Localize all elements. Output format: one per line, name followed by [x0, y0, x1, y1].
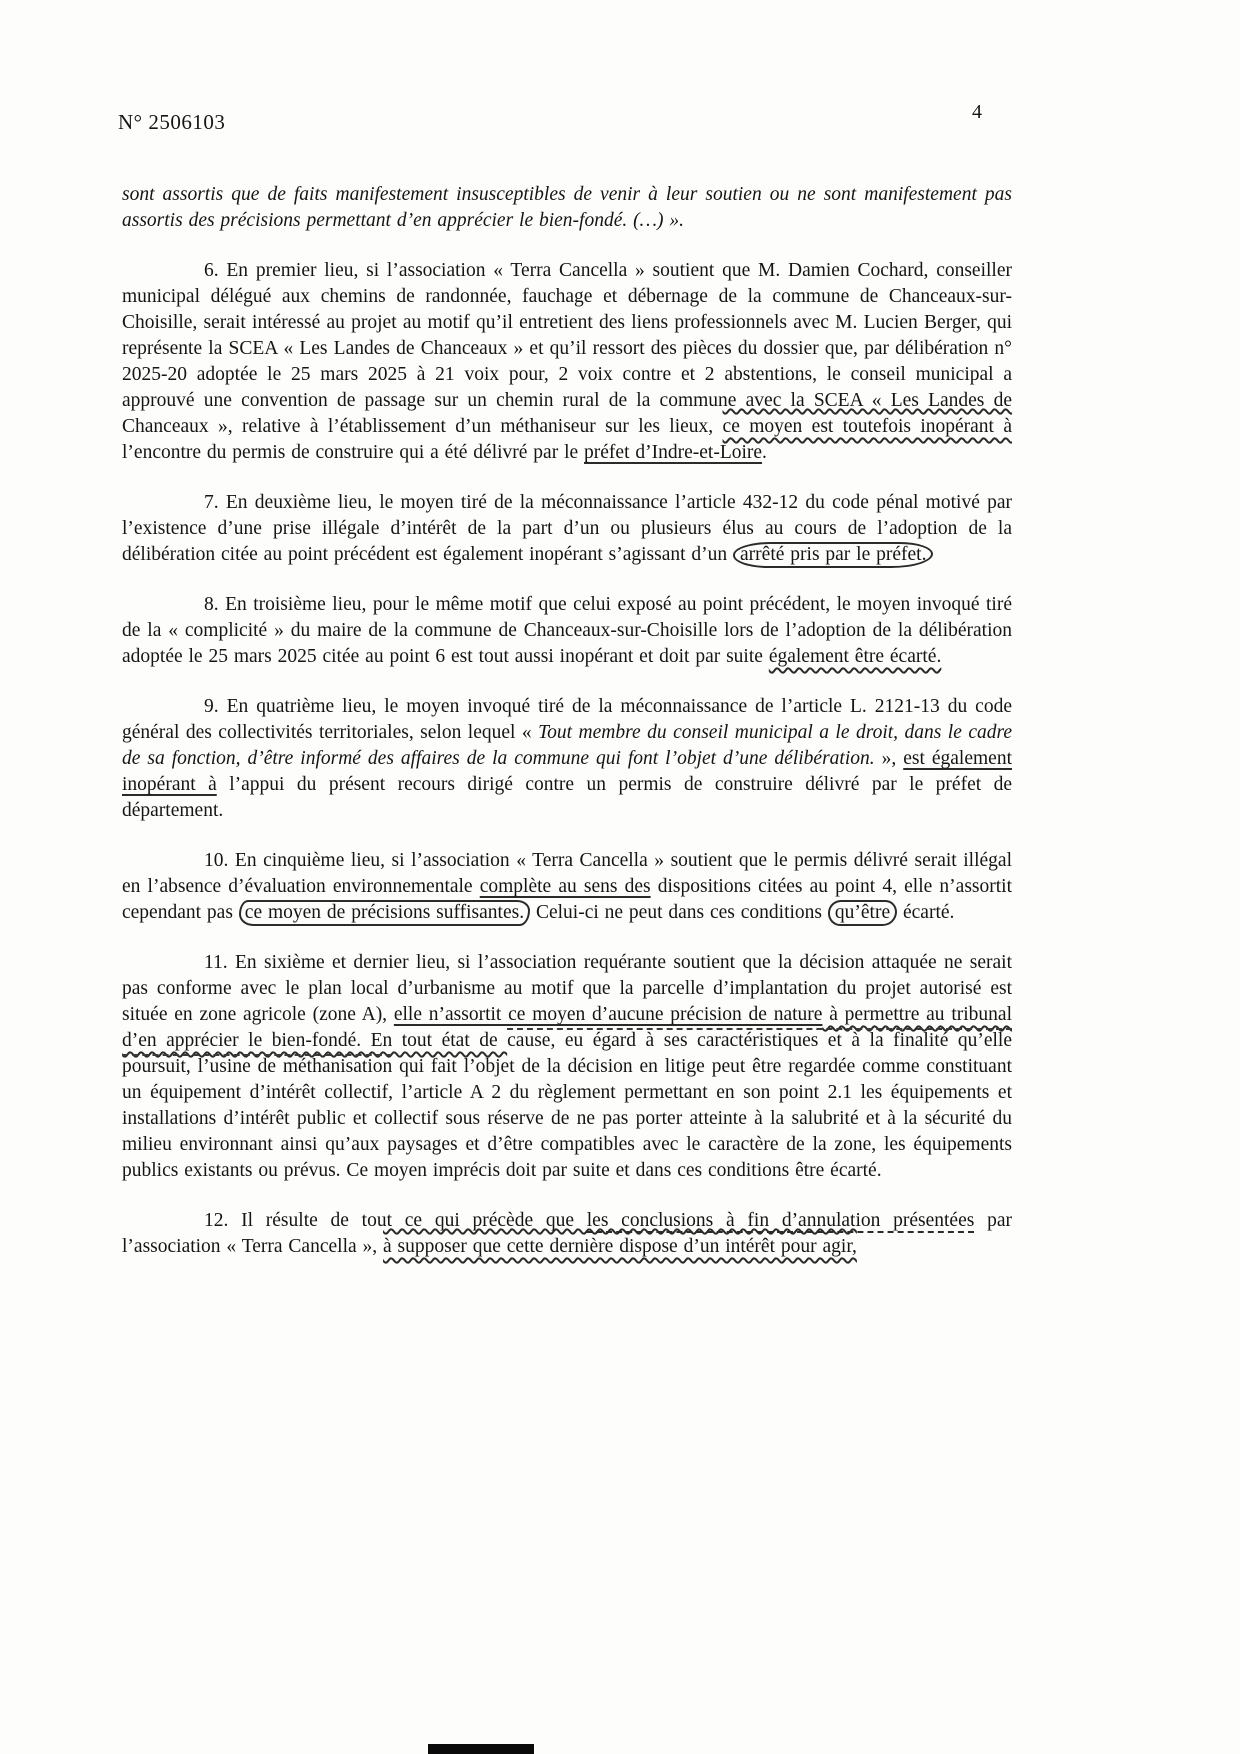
annotated-text-circle: arrêté pris par le préfet. — [733, 542, 933, 568]
document-body: sont assortis que de faits manifestement… — [122, 182, 1012, 1284]
document-page: N° 2506103 4 sont assortis que de faits … — [0, 0, 1240, 1754]
text-segment: 6. En premier lieu, si l’association « T… — [122, 260, 1012, 437]
annotated-text-dash: les conclusions à fin d’annulation prése… — [587, 1210, 975, 1231]
paragraph-intro: sont assortis que de faits manifestement… — [122, 182, 1012, 234]
text-segment: », — [875, 748, 904, 769]
paragraph-11: 11. En sixième et dernier lieu, si l’ass… — [122, 950, 1012, 1184]
annotated-text-circle: qu’être — [828, 900, 897, 926]
paragraph-12: 12. Il résulte de tout ce qui précède qu… — [122, 1208, 1012, 1260]
annotated-text-wavy: également être écarté. — [769, 646, 942, 667]
scan-artifact-bar — [428, 1744, 534, 1754]
text-segment: l’appui du présent recours dirigé contre… — [122, 774, 1012, 821]
paragraph-8: 8. En troisième lieu, pour le même motif… — [122, 592, 1012, 670]
case-number: N° 2506103 — [118, 110, 225, 135]
annotated-text-wavyboth: ce moyen est toutefois inopérant à — [723, 416, 1012, 437]
page-number: 4 — [972, 101, 982, 124]
annotated-text-box: ce moyen de précisions suffisantes. — [239, 900, 530, 926]
text-segment: Celui-ci ne peut dans ces conditions — [530, 902, 828, 923]
paragraph-6: 6. En premier lieu, si l’association « T… — [122, 258, 1012, 466]
text-segment: . — [762, 442, 767, 463]
text-segment: écarté. — [897, 902, 954, 923]
annotated-text-underline: préfet d’Indre-et-Loire — [584, 442, 762, 463]
paragraph-9: 9. En quatrième lieu, le moyen invoqué t… — [122, 694, 1012, 824]
annotated-text-wavyboth: à supposer que cette dernière dispose d’… — [383, 1236, 857, 1257]
annotated-text-underline: complète au sens des — [480, 876, 651, 897]
annotated-text-underline: elle n’assortit ce moyen d’aucune précis… — [394, 1004, 823, 1025]
text-segment: l’encontre du permis de construire qui a… — [122, 442, 584, 463]
text-segment: sont assortis que de faits manifestement… — [122, 184, 1012, 231]
paragraph-10: 10. En cinquième lieu, si l’association … — [122, 848, 1012, 926]
text-segment: 12. Il résulte de tout ce qui précède qu… — [204, 1210, 587, 1231]
paragraph-7: 7. En deuxième lieu, le moyen tiré de la… — [122, 490, 1012, 568]
